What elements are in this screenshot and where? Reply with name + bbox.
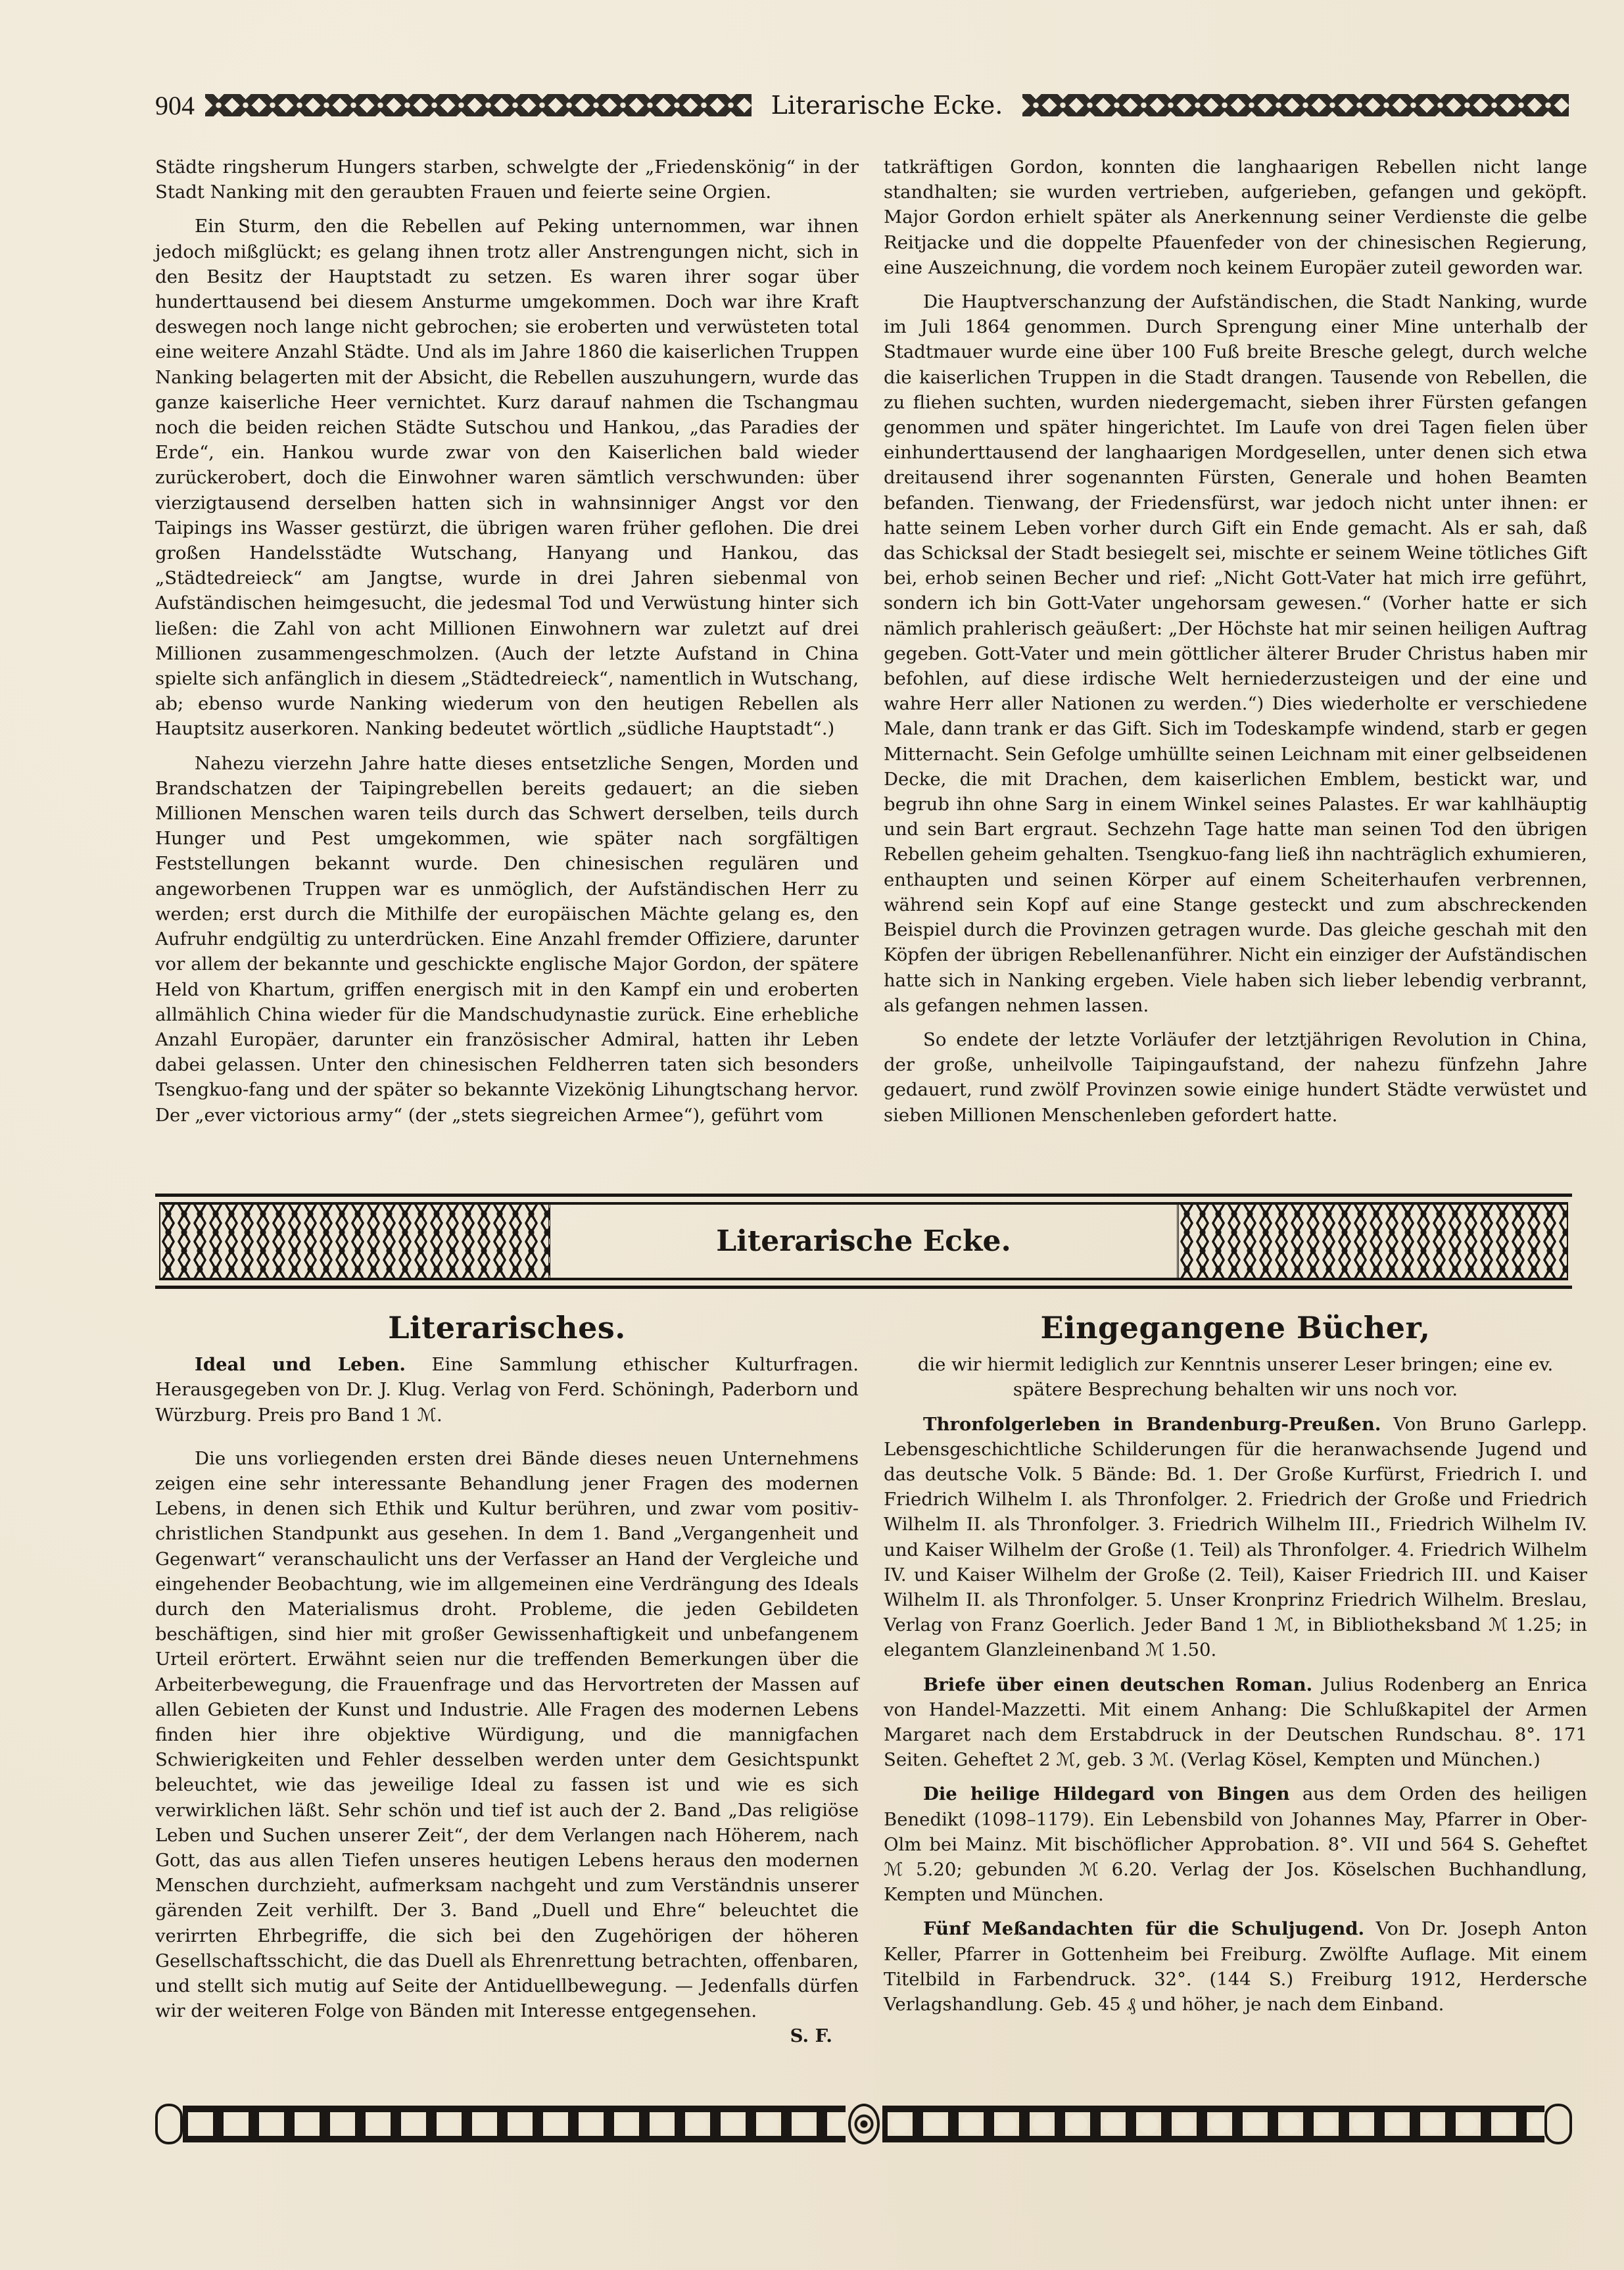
book-description: Von Bruno Garlepp. Lebensgeschichtliche … [884,1414,1587,1661]
eingegangene-buecher-intro: die wir hiermit lediglich zur Kenntnis u… [884,1352,1587,1402]
article-paragraph: tatkräftigen Gordon, konnten die langhaa… [884,155,1587,280]
review-text: Die uns vorliegenden ersten drei Bände d… [155,1446,859,2024]
article-right-column: tatkräftigen Gordon, konnten die langhaa… [884,155,1587,1128]
leaf-chain-end-icon [1544,2104,1572,2144]
literarisches-column: Literarisches. Ideal und Leben. Eine Sam… [155,1315,859,2049]
rosette-ornament-icon [848,2104,880,2144]
running-head: 904 Literarische Ecke. [155,89,1569,122]
book-entry: Fünf Meßandachten für die Schuljugend. V… [884,1916,1587,2017]
article-paragraph: Die Hauptverschanzung der Aufständischen… [884,289,1587,1018]
running-title: Literarische Ecke. [771,91,1003,120]
book-title: Die heilige Hildegard von Bingen [923,1783,1289,1804]
article-paragraph: Städte ringsherum Hungers starben, schwe… [155,155,859,205]
book-title: Ideal und Leben. [195,1354,406,1375]
article-left-column: Städte ringsherum Hungers starben, schwe… [155,155,859,1128]
leaf-chain-ornament-icon [882,2106,1545,2142]
article-paragraph: So endete der letzte Vorläufer der letzt… [884,1027,1587,1128]
diamond-chain-ornament-icon [1022,94,1569,116]
lattice-pattern-ornament-icon [1177,1205,1567,1278]
book-entry: Ideal und Leben. Eine Sammlung ethischer… [155,1352,859,1428]
eingegangene-buecher-heading: Eingegangene Bücher, [884,1315,1587,1340]
leaf-chain-ornament-icon [183,2106,846,2142]
eingegangene-buecher-column: Eingegangene Bücher, die wir hiermit led… [884,1315,1587,2017]
magazine-page: 904 Literarische Ecke. Städte ringsherum… [0,0,1624,2270]
section-banner: Literarische Ecke. [155,1194,1572,1289]
review-signature: S. F. [790,2023,832,2048]
book-entry: Die heilige Hildegard von Bingen aus dem… [884,1781,1587,1907]
book-entry: Briefe über einen deutschen Roman. Juliu… [884,1672,1587,1773]
diamond-chain-ornament-icon [205,94,752,116]
book-title: Thronfolgerleben in Brandenburg-Preußen. [923,1414,1381,1435]
book-title: Briefe über einen deutschen Roman. [923,1674,1312,1695]
book-title: Fünf Meßandachten für die Schuljugend. [923,1918,1364,1939]
leaf-chain-end-icon [155,2104,183,2144]
footer-ornament [155,2101,1572,2147]
book-entry: Thronfolgerleben in Brandenburg-Preußen.… [884,1412,1587,1663]
page-number: 904 [155,90,195,121]
article-paragraph: Nahezu vierzehn Jahre hatte dieses entse… [155,751,859,1128]
literarisches-heading: Literarisches. [155,1315,859,1340]
article-paragraph: Ein Sturm, den die Rebellen auf Peking u… [155,214,859,741]
